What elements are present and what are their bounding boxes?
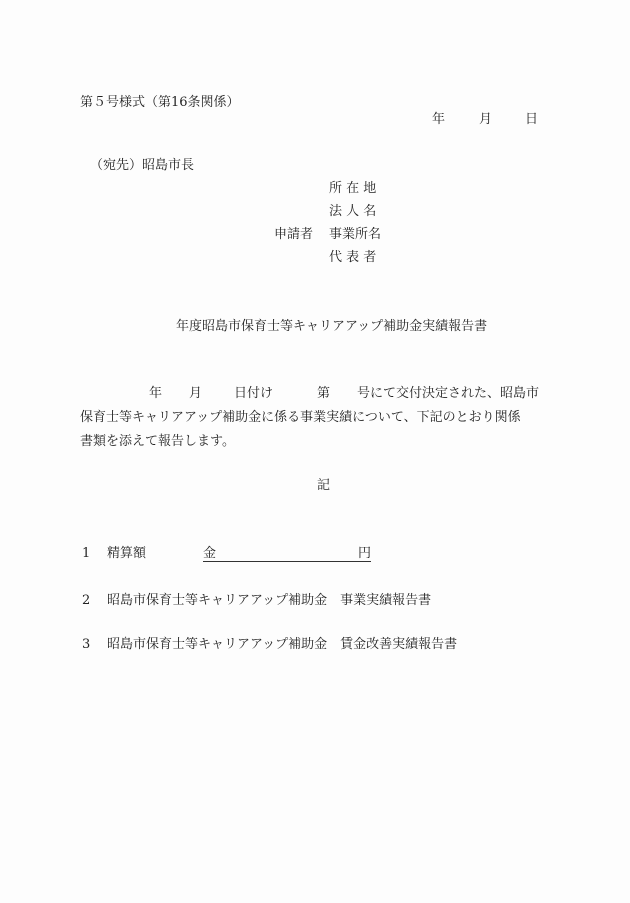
- item-1-number: 1: [82, 547, 90, 560]
- date-year: 年: [432, 113, 445, 126]
- field-corporation-name: 法 人 名: [329, 205, 376, 218]
- field-representative: 代 表 者: [329, 251, 376, 264]
- addressee: （宛先）昭島市長: [90, 159, 194, 172]
- amount-field: 金 円: [203, 547, 371, 562]
- form-number: 第５号様式（第16条関係）: [80, 96, 240, 109]
- body-line1-rest: 号にて交付決定された、昭島市: [357, 387, 539, 400]
- date-day: 日: [525, 113, 538, 126]
- item-2-number: 2: [82, 594, 90, 607]
- ki-heading: 記: [317, 479, 330, 492]
- body-month: 月: [189, 387, 202, 400]
- item-1-label: 精算額: [107, 547, 146, 560]
- field-address: 所 在 地: [329, 182, 376, 195]
- applicant-label: 申請者: [274, 228, 313, 241]
- body-day: 日付け: [234, 387, 273, 400]
- date-month: 月: [479, 113, 492, 126]
- amount-prefix: 金: [203, 547, 216, 560]
- field-office-name: 事業所名: [329, 228, 381, 241]
- body-year: 年: [149, 387, 162, 400]
- body-line2: 保育士等キャリアアップ補助金に係る事業実績について、下記のとおり関係: [80, 411, 521, 424]
- body-line3: 書類を添えて報告します。: [80, 435, 235, 448]
- item-3-label: 昭島市保育士等キャリアアップ補助金 賃金改善実績報告書: [107, 638, 457, 651]
- document-title: 年度昭島市保育士等キャリアアップ補助金実績報告書: [176, 320, 487, 333]
- amount-suffix: 円: [358, 547, 371, 560]
- item-3-number: 3: [82, 638, 90, 651]
- body-number-prefix: 第: [317, 387, 330, 400]
- item-2-label: 昭島市保育士等キャリアアップ補助金 事業実績報告書: [107, 594, 431, 607]
